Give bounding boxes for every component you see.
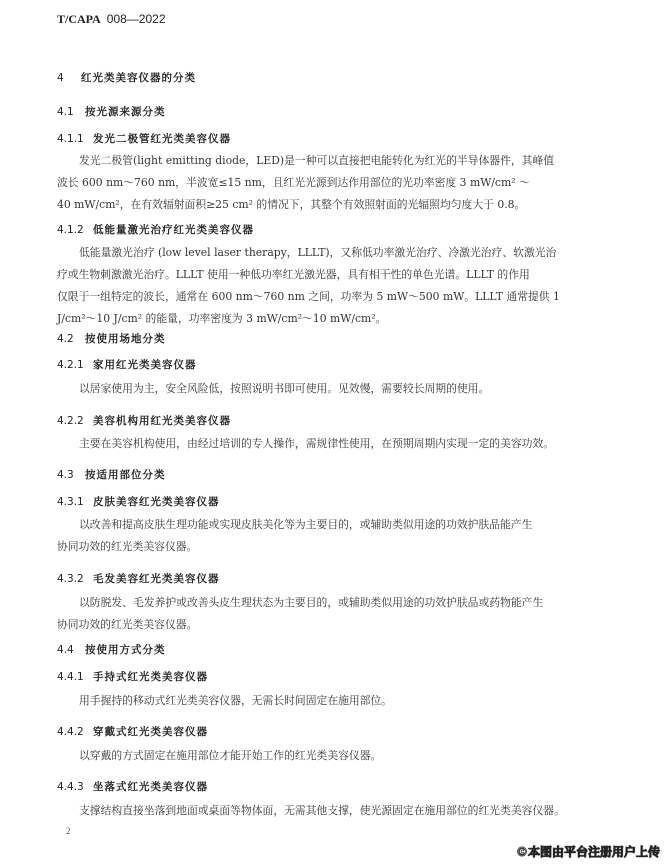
section-heading-4-1-2: 4.1.2低能量激光治疗红光类美容仪器 <box>57 222 254 237</box>
section-heading-4-1: 4.1按光源来源分类 <box>57 104 166 119</box>
paragraph-4-4-2: 以穿戴的方式固定在施用部位才能开始工作的红光类美容仪器。 <box>57 745 609 767</box>
section-heading-4-2: 4.2按使用场地分类 <box>57 331 166 346</box>
page-number: 2 <box>66 826 71 836</box>
section-heading-4-2-1: 4.2.1家用红光类美容仪器 <box>57 357 197 372</box>
paragraph-4-1-2: 低能量激光治疗 (low level laser therapy，LLLT)，又… <box>57 242 609 330</box>
section-heading-4-3-2: 4.3.2毛发美容红光类美容仪器 <box>57 571 220 586</box>
paragraph-4-2-2: 主要在美容机构使用，由经过培训的专人操作，需规律性使用，在预期周期内实现一定的美… <box>57 433 609 455</box>
section-heading-4-2-2: 4.2.2美容机构用红光类美容仪器 <box>57 413 231 428</box>
paragraph-4-4-1: 用手握持的移动式红光类美容仪器，无需长时间固定在施用部位。 <box>57 690 609 712</box>
paragraph-4-1-1: 发光二极管(light emitting diode，LED)是一种可以直接把电… <box>57 150 609 216</box>
paragraph-4-2-1: 以居家使用为主，安全风险低，按照说明书即可使用。见效慢，需要较长周期的使用。 <box>57 378 609 400</box>
standard-prefix: T/CAPA <box>57 12 101 26</box>
paragraph-4-3-2: 以防脱发、毛发养护或改善头皮生理状态为主要目的，或辅助类似用途的功效护肤品或药物… <box>57 592 609 636</box>
section-heading-4-1-1: 4.1.1发光二极管红光类美容仪器 <box>57 131 231 146</box>
section-heading-4-4: 4.4按使用方式分类 <box>57 642 166 657</box>
section-heading-4-4-2: 4.4.2穿戴式红光类美容仪器 <box>57 724 208 739</box>
standard-number: 008—2022 <box>107 12 166 26</box>
section-heading-4-4-1: 4.4.1手持式红光类美容仪器 <box>57 669 208 684</box>
watermark: ©本图由平台注册用户上传 <box>516 843 660 860</box>
document-header: T/CAPA 008—2022 <box>57 12 166 27</box>
section-heading-4-3: 4.3按适用部位分类 <box>57 467 166 482</box>
section-heading-4-3-1: 4.3.1皮肤美容红光类美容仪器 <box>57 494 220 509</box>
section-heading-4-4-3: 4.4.3坐落式红光类美容仪器 <box>57 779 208 794</box>
paragraph-4-3-1: 以改善和提高皮肤生理功能或实现皮肤美化等为主要目的，或辅助类似用途的功效护肤品能… <box>57 514 609 558</box>
section-heading-4: 4红光类美容仪器的分类 <box>57 70 196 85</box>
paragraph-4-4-3: 支撑结构直接坐落到地面或桌面等物体面，无需其他支撑，使光源固定在施用部位的红光类… <box>57 800 609 822</box>
